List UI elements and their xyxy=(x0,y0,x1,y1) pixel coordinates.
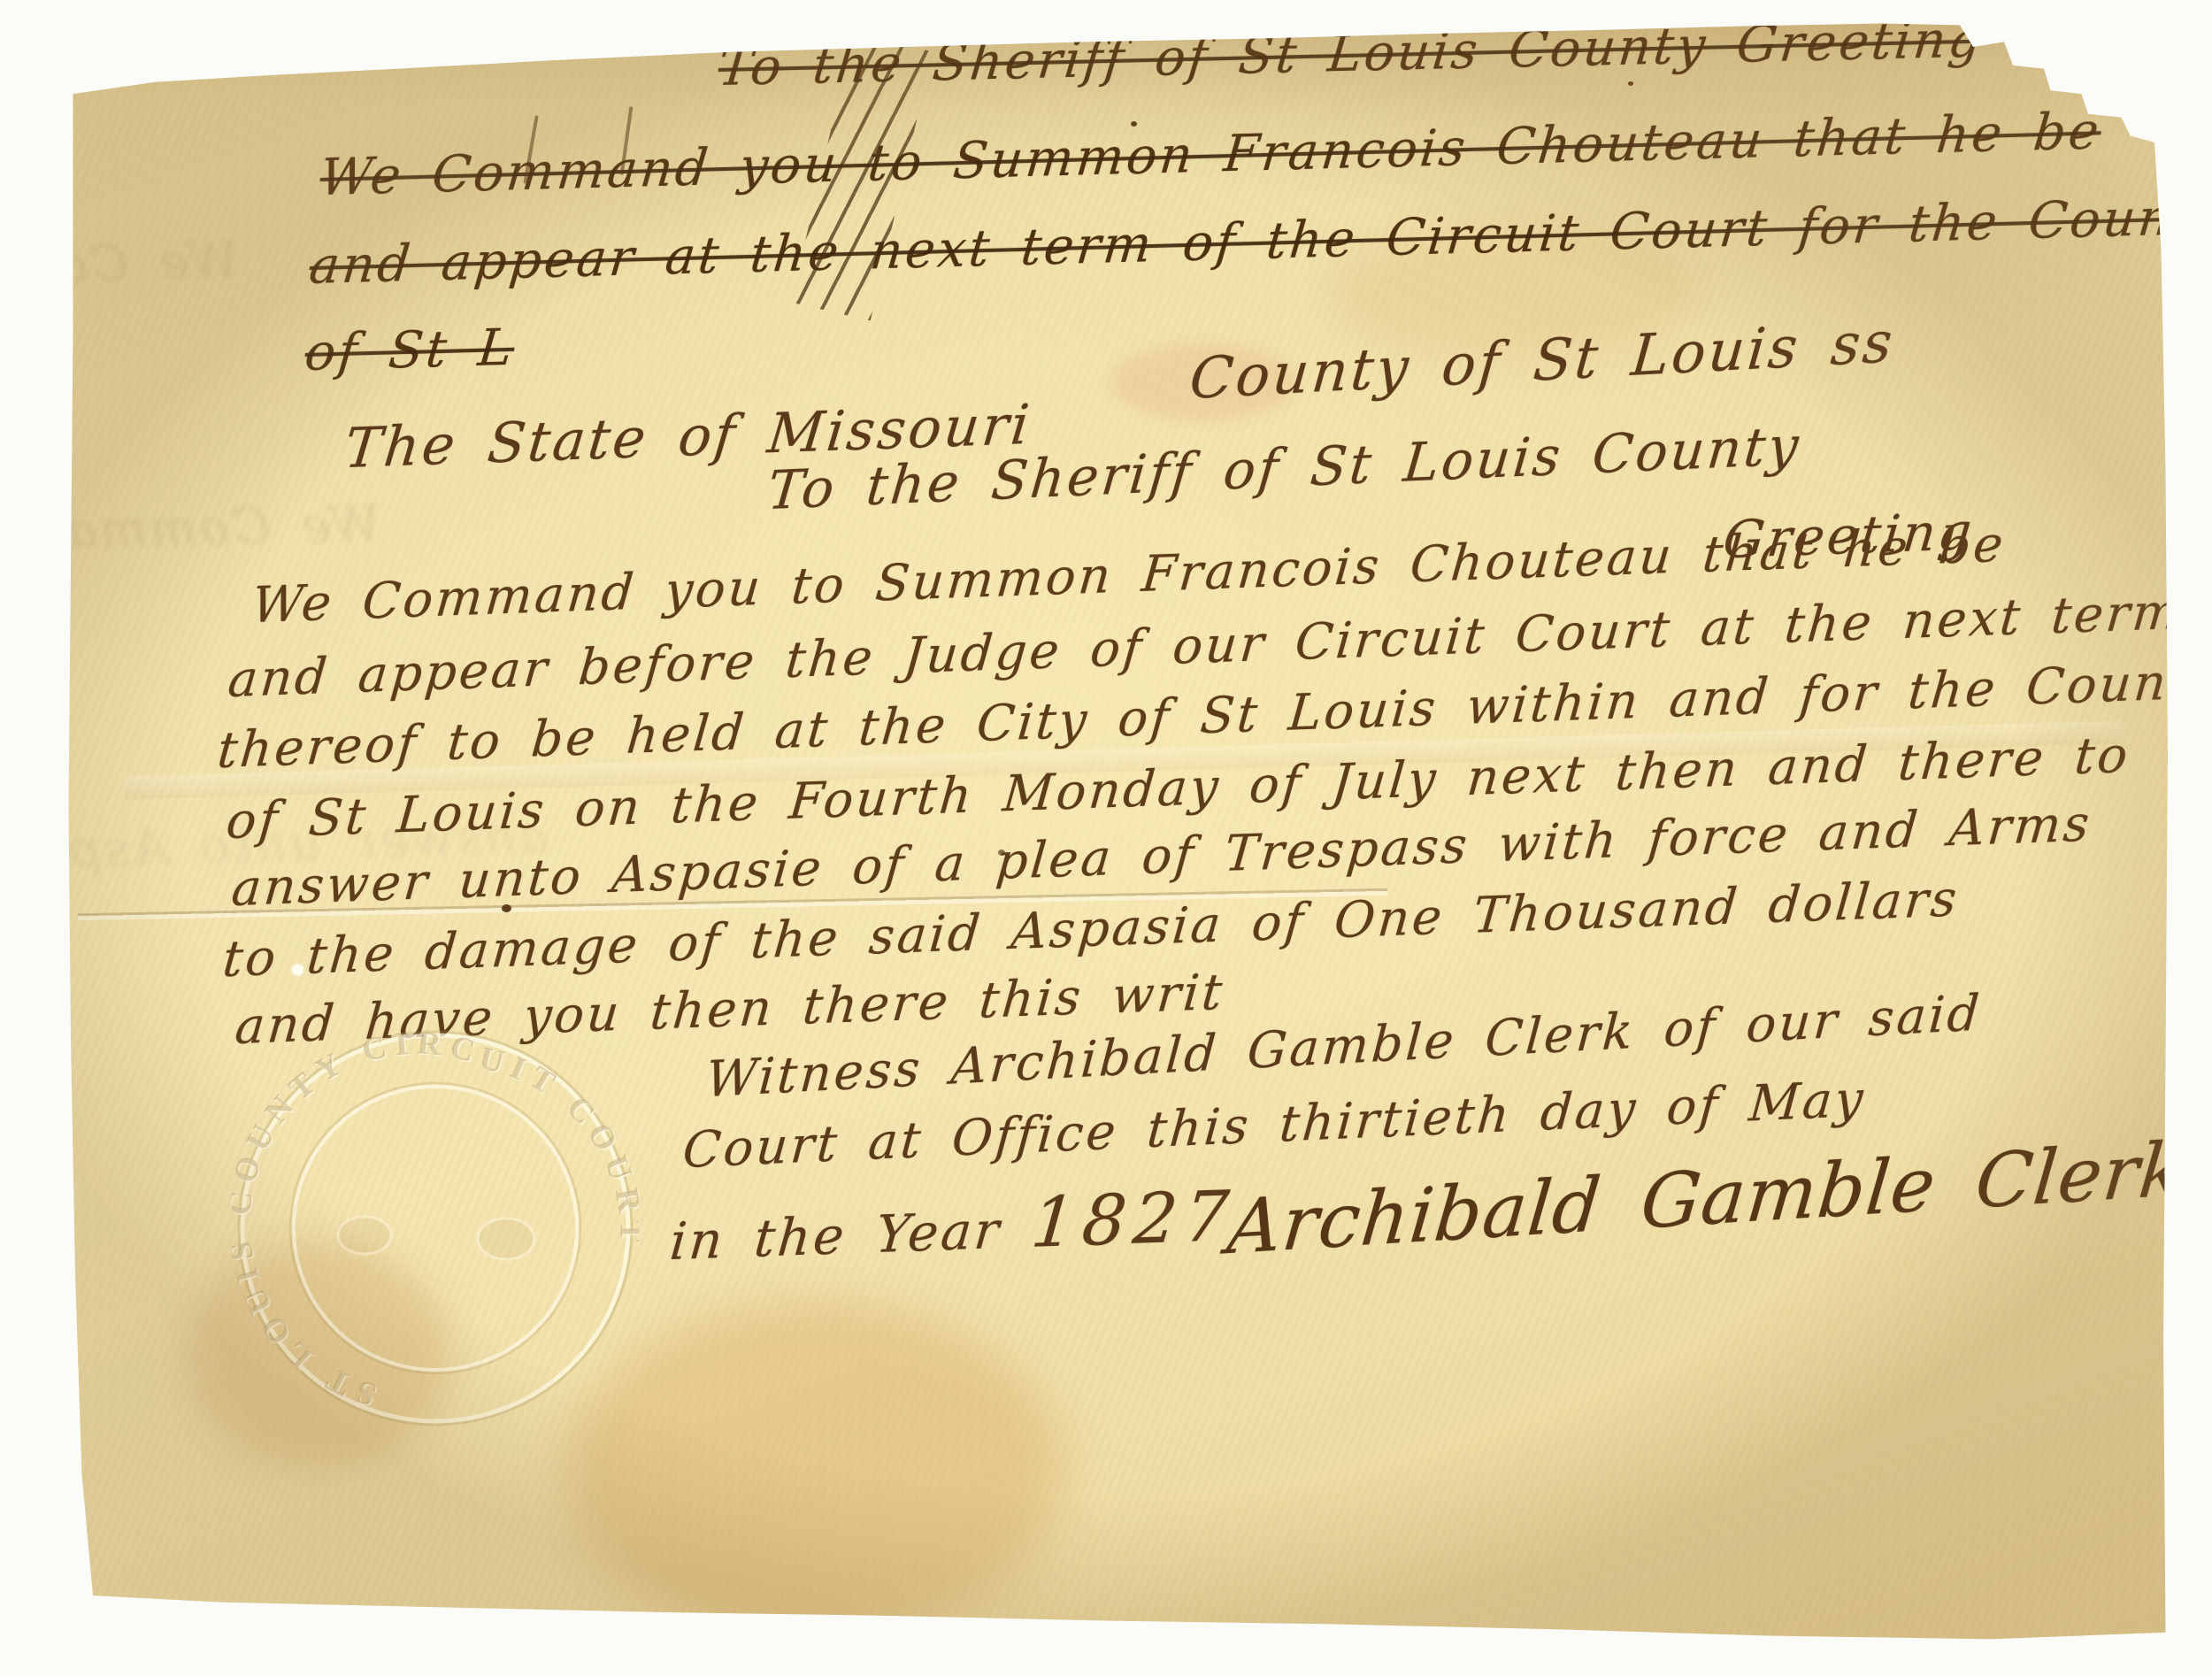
embossed-seal: ST LOUIS COUNTY CIRCUIT COURT ST LOUIS C… xyxy=(232,1025,639,1432)
ink-speck xyxy=(1628,81,1633,86)
seal-inner-ring-shadow xyxy=(290,1083,580,1373)
seal-inner-ring-highlight xyxy=(294,1087,577,1370)
document-paper: We Command you to Summon Francois Choute… xyxy=(0,0,2212,1676)
struck-heading-line-4: of St L xyxy=(303,319,518,382)
scan-background: We Command you to Summon Francois Choute… xyxy=(0,0,2212,1676)
seal-inner-motif xyxy=(338,1217,391,1254)
struck-heading-line-2: We Command you to Summon Francois Choute… xyxy=(318,102,2104,207)
struck-heading-line-3: and appear at the next term of the Circu… xyxy=(307,187,2212,296)
stain-bottom xyxy=(566,1301,1062,1637)
attestation-year-phrase: in the Year xyxy=(667,1200,1003,1272)
bleed-through-text: We Command you to Summon Francois Choute… xyxy=(0,232,240,335)
attestation-line-3: in the Year 1827 xyxy=(667,1177,1239,1277)
caption-county-line: County of St Louis ss xyxy=(1187,310,1898,412)
attestation-year: 1827 xyxy=(1028,1177,1239,1264)
ink-speck xyxy=(1131,121,1137,127)
seal-inner-motif xyxy=(478,1219,534,1259)
